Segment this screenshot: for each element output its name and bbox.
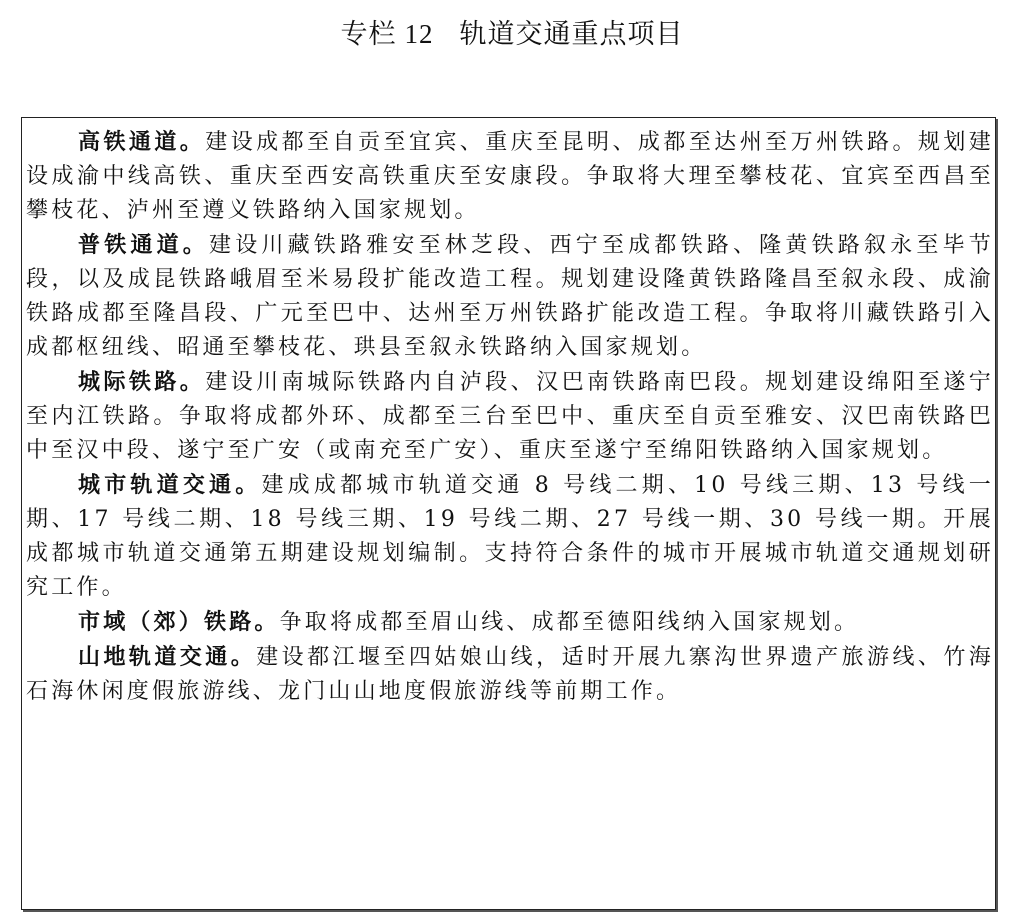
section-intercity-rail: 城际铁路。建设川南城际铁路内自泸段、汉巴南铁路南巴段。规划建设绵阳至遂宁至内江铁… — [26, 365, 994, 468]
section-heading: 城际铁路。 — [78, 369, 205, 395]
section-body: 争取将成都至眉山线、成都至德阳线纳入国家规划。 — [280, 610, 860, 635]
section-heading: 高铁通道。 — [78, 129, 205, 155]
column-box: 高铁通道。建设成都至自贡至宜宾、重庆至昆明、成都至达州至万州铁路。规划建设成渝中… — [21, 117, 996, 910]
section-heading: 山地轨道交通。 — [78, 644, 256, 670]
section-high-speed-rail: 高铁通道。建设成都至自贡至宜宾、重庆至昆明、成都至达州至万州铁路。规划建设成渝中… — [26, 125, 994, 228]
section-heading: 市域（郊）铁路。 — [78, 609, 280, 635]
section-heading: 城市轨道交通。 — [78, 472, 261, 498]
title-text: 轨道交通重点项目 — [460, 19, 684, 50]
section-urban-rail-transit: 城市轨道交通。建成成都城市轨道交通 8 号线二期、10 号线三期、13 号线一期… — [26, 468, 994, 605]
title-number: 12 — [405, 19, 434, 49]
page-title: 专栏12轨道交通重点项目 — [0, 14, 1024, 55]
section-suburban-rail: 市域（郊）铁路。争取将成都至眉山线、成都至德阳线纳入国家规划。 — [26, 605, 994, 640]
title-prefix: 专栏 — [341, 19, 397, 50]
section-mountain-rail-transit: 山地轨道交通。建设都江堰至四姑娘山线，适时开展九寨沟世界遗产旅游线、竹海石海休闲… — [26, 640, 994, 709]
section-heading: 普铁通道。 — [78, 232, 209, 258]
section-conventional-rail: 普铁通道。建设川藏铁路雅安至林芝段、西宁至成都铁路、隆黄铁路叙永至毕节段，以及成… — [26, 228, 994, 365]
